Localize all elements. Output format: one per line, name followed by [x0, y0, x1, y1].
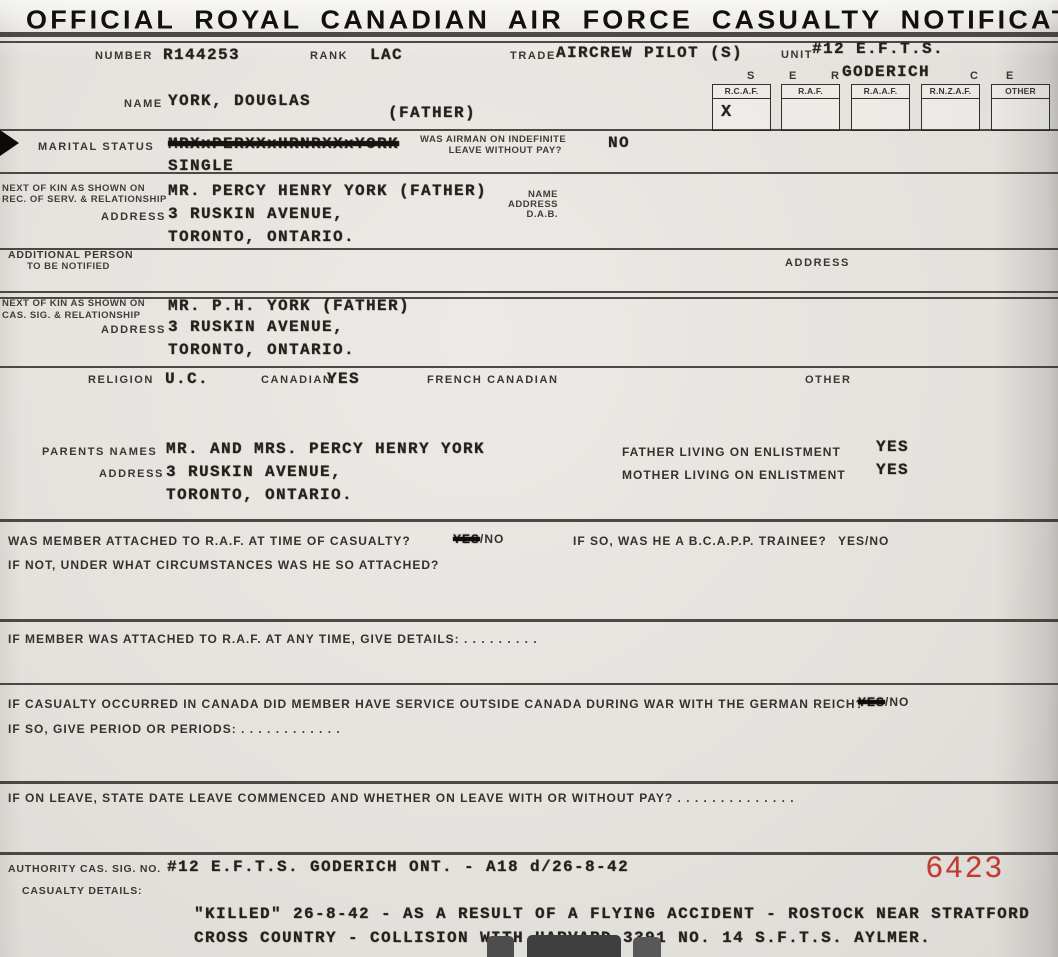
- service-box-rnzaf: R.N.Z.A.F.: [921, 84, 980, 131]
- mother-living-value: YES: [876, 461, 909, 479]
- service-letter-r: R: [831, 70, 839, 82]
- authority-label: AUTHORITY CAS. SIG. NO.: [8, 864, 161, 876]
- service-box-raaf-label: R.A.A.F.: [852, 85, 909, 99]
- raf-time-answer-struck-yes: YES: [453, 532, 480, 546]
- religion-value: U.C.: [165, 370, 209, 388]
- service-box-rcaf-mark: X: [713, 99, 770, 122]
- authority-value: #12 E.F.T.S. GODERICH ONT. - A18 d/26-8-…: [167, 858, 629, 876]
- nok-service-address-line1: 3 RUSKIN AVENUE,: [168, 205, 344, 223]
- service-box-raf-mark: [782, 99, 839, 103]
- leave-question: IF ON LEAVE, STATE DATE LEAVE COMMENCED …: [8, 791, 795, 805]
- name-value: YORK, DOUGLAS: [168, 92, 311, 110]
- religion-label: RELIGION: [88, 374, 154, 386]
- service-box-raf-label: R.A.F.: [782, 85, 839, 99]
- service-box-raaf: R.A.A.F.: [851, 84, 910, 131]
- raf-time-answer: YES/NO: [453, 532, 504, 546]
- service-box-other-mark: [992, 99, 1049, 103]
- parents-address-line2: TORONTO, ONTARIO.: [166, 486, 353, 504]
- marital-struck-value: MRXxPERXXxHRNRXXxYORK: [168, 135, 399, 153]
- service-letter-e1: E: [789, 70, 796, 82]
- casualty-details-label: CASUALTY DETAILS:: [22, 886, 142, 898]
- service-box-other: OTHER: [991, 84, 1050, 131]
- viewer-page-indicator[interactable]: [527, 935, 621, 957]
- number-value: R144253: [163, 46, 240, 64]
- nok-service-address-label: ADDRESS: [101, 211, 166, 223]
- parents-names-label: PARENTS NAMES: [42, 446, 157, 458]
- name-note: (FATHER): [388, 104, 476, 122]
- divider: [0, 781, 1058, 784]
- number-label: NUMBER: [95, 50, 153, 62]
- marital-status-label: MARITAL STATUS: [38, 141, 154, 153]
- rank-value: LAC: [370, 46, 403, 64]
- additional-person-label-line1: ADDITIONAL PERSON: [8, 250, 133, 262]
- unit-value-line1: #12 E.F.T.S.: [812, 40, 944, 58]
- service-letter-e2: E: [1006, 70, 1013, 82]
- raf-time-question: WAS MEMBER ATTACHED TO R.A.F. AT TIME OF…: [8, 534, 411, 548]
- parents-address-line1: 3 RUSKIN AVENUE,: [166, 463, 342, 481]
- title-rule-thick: [0, 32, 1058, 37]
- nok-casualty-address-label: ADDRESS: [101, 324, 166, 336]
- nok-casualty-address-line1: 3 RUSKIN AVENUE,: [168, 318, 344, 336]
- trade-value: AIRCREW PILOT (S): [556, 44, 743, 62]
- nok-service-label-line1: NEXT OF KIN AS SHOWN ON: [2, 184, 145, 194]
- rank-label: RANK: [310, 50, 348, 62]
- unit-label: UNIT: [781, 49, 813, 61]
- divider: [0, 683, 1058, 685]
- service-box-raf: R.A.F.: [781, 84, 840, 131]
- indefinite-leave-answer: NO: [608, 134, 630, 152]
- mother-living-label: MOTHER LIVING ON ENLISTMENT: [622, 468, 846, 482]
- other-label: OTHER: [805, 374, 852, 386]
- unit-value-line2: GODERICH: [842, 63, 930, 81]
- nok-casualty-label-line1: NEXT OF KIN AS SHOWN ON: [2, 299, 145, 309]
- service-letter-c: C: [970, 70, 978, 82]
- nok-casualty-name-value: MR. P.H. YORK (FATHER): [168, 297, 410, 315]
- service-box-rcaf: R.C.A.F. X: [712, 84, 771, 131]
- raf-circumstances-question: IF NOT, UNDER WHAT CIRCUMSTANCES WAS HE …: [8, 558, 439, 572]
- nok-service-address-line2: TORONTO, ONTARIO.: [168, 228, 355, 246]
- divider: [0, 366, 1058, 368]
- divider: [0, 172, 1058, 174]
- service-box-rnzaf-mark: [922, 99, 979, 103]
- overseas-service-question: IF CASUALTY OCCURRED IN CANADA DID MEMBE…: [8, 697, 864, 711]
- service-box-other-label: OTHER: [992, 85, 1049, 99]
- casualty-notification-form: OFFICIAL ROYAL CANADIAN AIR FORCE CASUAL…: [0, 0, 1058, 957]
- service-box-raaf-mark: [852, 99, 909, 103]
- nok-service-label-line2: REC. OF SERV. & RELATIONSHIP: [2, 195, 167, 205]
- viewer-prev-button[interactable]: [487, 936, 514, 957]
- parents-names-value: MR. AND MRS. PERCY HENRY YORK: [166, 440, 485, 458]
- indefinite-leave-question-line1: WAS AIRMAN ON INDEFINITE: [420, 135, 562, 145]
- service-box-rcaf-label: R.C.A.F.: [713, 85, 770, 99]
- bcapp-answer: YES/NO: [838, 534, 889, 548]
- service-letter-s: S: [747, 70, 754, 82]
- nok-casualty-address-line2: TORONTO, ONTARIO.: [168, 341, 355, 359]
- overseas-period-question: IF SO, GIVE PERIOD OR PERIODS: . . . . .…: [8, 722, 341, 736]
- father-living-value: YES: [876, 438, 909, 456]
- viewer-next-button[interactable]: [633, 937, 661, 957]
- parents-address-label: ADDRESS: [99, 468, 164, 480]
- divider: [0, 129, 1058, 131]
- divider: [0, 297, 1058, 299]
- divider: [0, 852, 1058, 855]
- raf-time-answer-no: /NO: [480, 532, 504, 546]
- page-corner-tear: [0, 130, 19, 156]
- raf-anytime-question: IF MEMBER WAS ATTACHED TO R.A.F. AT ANY …: [8, 632, 538, 646]
- canadian-value: YES: [327, 370, 360, 388]
- divider: [0, 248, 1058, 250]
- indefinite-leave-question-line2: LEAVE WITHOUT PAY?: [420, 146, 562, 156]
- overseas-answer-struck-yes: YES: [858, 695, 885, 709]
- divider: [0, 291, 1058, 293]
- father-living-label: FATHER LIVING ON ENLISTMENT: [622, 445, 841, 459]
- nok-side-label-dab: D.A.B.: [470, 210, 558, 220]
- nok-service-name-value: MR. PERCY HENRY YORK (FATHER): [168, 182, 487, 200]
- canadian-label: CANADIAN: [261, 374, 332, 386]
- nok-casualty-label-line2: CAS. SIG. & RELATIONSHIP: [2, 311, 141, 321]
- file-number-stamp: 6423: [926, 853, 1005, 883]
- casualty-details-line1: "KILLED" 26-8-42 - AS A RESULT OF A FLYI…: [194, 905, 1030, 923]
- additional-person-address-label: ADDRESS: [785, 257, 850, 269]
- french-canadian-label: FRENCH CANADIAN: [427, 374, 559, 386]
- overseas-service-answer: YES/NO: [858, 695, 909, 709]
- service-box-rnzaf-label: R.N.Z.A.F.: [922, 85, 979, 99]
- name-label: NAME: [124, 98, 163, 110]
- form-title: OFFICIAL ROYAL CANADIAN AIR FORCE CASUAL…: [26, 8, 1058, 34]
- divider: [0, 619, 1058, 622]
- bcapp-question: IF SO, WAS HE A B.C.A.P.P. TRAINEE?: [573, 534, 827, 548]
- trade-label: TRADE: [510, 50, 556, 62]
- divider: [0, 519, 1058, 522]
- additional-person-label-line2: TO BE NOTIFIED: [27, 262, 110, 272]
- overseas-answer-no: /NO: [885, 695, 909, 709]
